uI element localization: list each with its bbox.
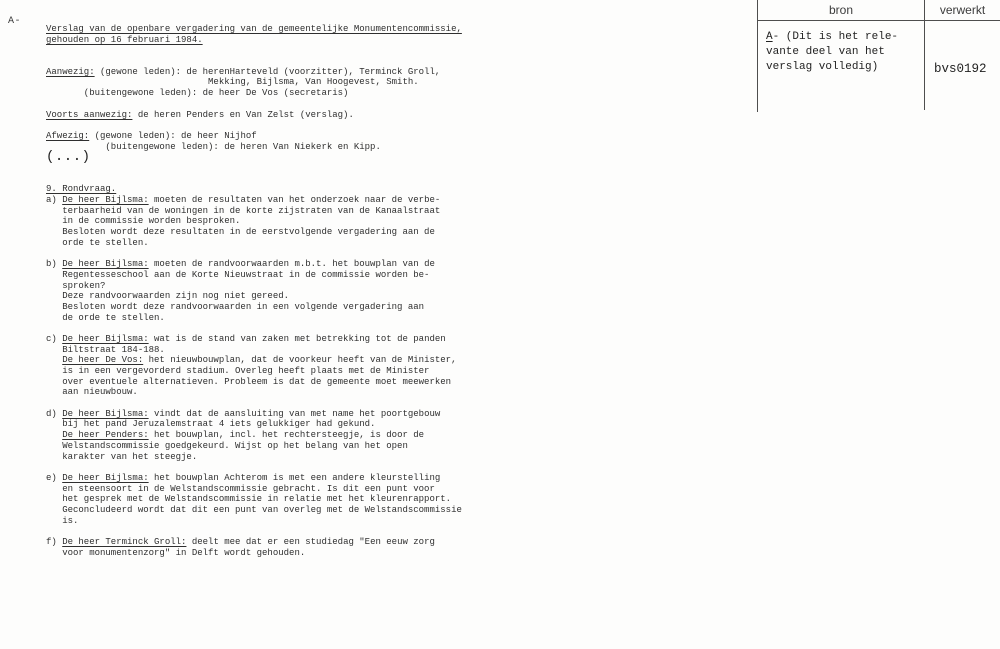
underlined-text: Afwezig: [46, 131, 89, 141]
document-line [46, 398, 646, 409]
text-run: Mekking, Bijlsma, Van Hoogevest, Smith. [46, 77, 419, 87]
document-line [46, 120, 646, 131]
text-run: het bouwplan Achterom is met een andere … [149, 473, 441, 483]
underlined-text: Verslag van de openbare vergadering van … [46, 24, 462, 34]
text-run: karakter van het steegje. [46, 452, 197, 462]
text-run: a) [46, 195, 62, 205]
document-line [46, 45, 646, 56]
document-line: karakter van het steegje. [46, 452, 646, 463]
document-line: in de commissie worden besproken. [46, 216, 646, 227]
document-line: Deze randvoorwaarden zijn nog niet geree… [46, 291, 646, 302]
text-run: het nieuwbouwplan, dat de voorkeur heeft… [143, 355, 456, 365]
document-line: d) De heer Bijlsma: vindt dat de aanslui… [46, 409, 646, 420]
text-run: (buitengewone leden): de heren Van Nieke… [46, 142, 381, 152]
text-run: is. [46, 516, 78, 526]
document-line: Welstandscommissie goedgekeurd. Wijst op… [46, 441, 646, 452]
table-header-rule [757, 20, 1000, 21]
document-line: terbaarheid van de woningen in de korte … [46, 206, 646, 217]
document-line: (buitengewone leden): de heer De Vos (se… [46, 88, 646, 99]
underlined-text: De heer De Vos: [62, 355, 143, 365]
text-run: Geconcludeerd wordt dat dit een punt van… [46, 505, 462, 515]
document-line: sproken? [46, 281, 646, 292]
document-line: Biltstraat 184-188. [46, 345, 646, 356]
document-line: over eventuele alternatieven. Probleem i… [46, 377, 646, 388]
document-line [46, 174, 646, 185]
column-header-bron: bron [758, 3, 924, 17]
text-run: Besloten wordt deze randvoorwaarden in e… [46, 302, 424, 312]
text-run: vante deel van het [766, 46, 885, 58]
text-run: is in een vergevorderd stadium. Overleg … [46, 366, 429, 376]
underlined-text: Aanwezig: [46, 67, 95, 77]
document-line: aan nieuwbouw. [46, 387, 646, 398]
document-line: A- (Dit is het rele- [766, 30, 898, 45]
underlined-text: gehouden op 16 februari 1984. [46, 35, 203, 45]
scanned-document-page: A- Verslag van de openbare vergadering v… [0, 0, 1000, 649]
text-run: terbaarheid van de woningen in de korte … [46, 206, 440, 216]
text-run: het bouwplan, incl. het rechtersteegje, … [149, 430, 424, 440]
text-run: f) [46, 537, 62, 547]
underlined-text: De heer Bijlsma: [62, 334, 148, 344]
document-line: Regentesseschool aan de Korte Nieuwstraa… [46, 270, 646, 281]
document-line: is. [46, 516, 646, 527]
document-line: De heer De Vos: het nieuwbouwplan, dat d… [46, 355, 646, 366]
underlined-text: De heer Penders: [62, 430, 148, 440]
text-run: de heren Penders en Van Zelst (verslag). [132, 110, 353, 120]
document-line: de orde te stellen. [46, 313, 646, 324]
text-run: verslag volledig) [766, 61, 878, 73]
document-line [46, 526, 646, 537]
document-line: Aanwezig: (gewone leden): de herenHartev… [46, 67, 646, 78]
underlined-text: 9. Rondvraag. [46, 184, 116, 194]
document-line: Verslag van de openbare vergadering van … [46, 24, 646, 35]
text-run: (gewone leden): de herenHarteveld (voorz… [95, 67, 441, 77]
text-run: moeten de randvoorwaarden m.b.t. het bou… [149, 259, 435, 269]
document-line [46, 99, 646, 110]
text-run: wat is de stand van zaken met betrekking… [149, 334, 446, 344]
document-line: en steensoort in de Welstandscommissie g… [46, 484, 646, 495]
document-line: (buitengewone leden): de heren Van Nieke… [46, 142, 646, 153]
verwerkt-code: bvs0192 [934, 62, 987, 76]
document-line: bij het pand Jeruzalemstraat 4 iets gelu… [46, 419, 646, 430]
text-run: - (Dit is het rele- [773, 31, 898, 43]
document-line [46, 462, 646, 473]
document-line: Afwezig: (gewone leden): de heer Nijhof [46, 131, 646, 142]
document-line: Besloten wordt deze randvoorwaarden in e… [46, 302, 646, 313]
text-run: b) [46, 259, 62, 269]
text-run: bij het pand Jeruzalemstraat 4 iets gelu… [46, 419, 375, 429]
document-line: voor monumentenzorg" in Delft wordt geho… [46, 548, 646, 559]
underlined-text: De heer Bijlsma: [62, 195, 148, 205]
document-line: f) De heer Terminck Groll: deelt mee dat… [46, 537, 646, 548]
bron-note: A- (Dit is het rele-vante deel van hetve… [766, 30, 898, 75]
text-run: de orde te stellen. [46, 313, 165, 323]
document-line: e) De heer Bijlsma: het bouwplan Achtero… [46, 473, 646, 484]
document-line: (...) [46, 152, 646, 163]
document-line: is in een vergevorderd stadium. Overleg … [46, 366, 646, 377]
meeting-minutes-text: Verslag van de openbare vergadering van … [46, 24, 646, 558]
text-run: e) [46, 473, 62, 483]
text-run: vindt dat de aansluiting van met name he… [149, 409, 441, 419]
ellipsis-mark: (...) [46, 149, 91, 165]
text-run: en steensoort in de Welstandscommissie g… [46, 484, 435, 494]
text-run: sproken? [46, 281, 105, 291]
document-line [46, 56, 646, 67]
text-run: deelt mee dat er een studiedag "Een eeuw… [186, 537, 434, 547]
text-run: Biltstraat 184-188. [46, 345, 165, 355]
underlined-text: De heer Bijlsma: [62, 409, 148, 419]
document-line [46, 248, 646, 259]
document-line [46, 323, 646, 334]
document-line: Besloten wordt deze resultaten in de eer… [46, 227, 646, 238]
document-line: b) De heer Bijlsma: moeten de randvoorwa… [46, 259, 646, 270]
document-line: a) De heer Bijlsma: moeten de resultaten… [46, 195, 646, 206]
text-run: het gesprek met de Welstandscommissie in… [46, 494, 451, 504]
text-run: Welstandscommissie goedgekeurd. Wijst op… [46, 441, 408, 451]
text-run: orde te stellen. [46, 238, 149, 248]
document-line [46, 163, 646, 174]
text-run: Besloten wordt deze resultaten in de eer… [46, 227, 435, 237]
text-run: Deze randvoorwaarden zijn nog niet geree… [46, 291, 289, 301]
text-run: c) [46, 334, 62, 344]
document-line: Mekking, Bijlsma, Van Hoogevest, Smith. [46, 77, 646, 88]
document-line: c) De heer Bijlsma: wat is de stand van … [46, 334, 646, 345]
text-run: moeten de resultaten van het onderzoek n… [149, 195, 441, 205]
underlined-text: De heer Terminck Groll: [62, 537, 186, 547]
document-line: verslag volledig) [766, 60, 898, 75]
text-run [46, 430, 62, 440]
text-run: d) [46, 409, 62, 419]
document-line: orde te stellen. [46, 238, 646, 249]
text-run: (buitengewone leden): de heer De Vos (se… [46, 88, 348, 98]
text-run: over eventuele alternatieven. Probleem i… [46, 377, 451, 387]
underlined-text: Voorts aanwezig: [46, 110, 132, 120]
document-line: het gesprek met de Welstandscommissie in… [46, 494, 646, 505]
text-run: voor monumentenzorg" in Delft wordt geho… [46, 548, 305, 558]
document-line: De heer Penders: het bouwplan, incl. het… [46, 430, 646, 441]
document-line: 9. Rondvraag. [46, 184, 646, 195]
underlined-text: A [766, 31, 773, 43]
text-run: in de commissie worden besproken. [46, 216, 240, 226]
document-line: Geconcludeerd wordt dat dit een punt van… [46, 505, 646, 516]
underlined-text: De heer Bijlsma: [62, 259, 148, 269]
document-line: gehouden op 16 februari 1984. [46, 35, 646, 46]
margin-annotation: A- [8, 16, 21, 27]
text-run: (gewone leden): de heer Nijhof [89, 131, 256, 141]
text-run: Regentesseschool aan de Korte Nieuwstraa… [46, 270, 429, 280]
document-line: vante deel van het [766, 45, 898, 60]
text-run [46, 355, 62, 365]
document-line: Voorts aanwezig: de heren Penders en Van… [46, 110, 646, 121]
column-header-verwerkt: verwerkt [925, 3, 1000, 17]
text-run: aan nieuwbouw. [46, 387, 138, 397]
underlined-text: De heer Bijlsma: [62, 473, 148, 483]
